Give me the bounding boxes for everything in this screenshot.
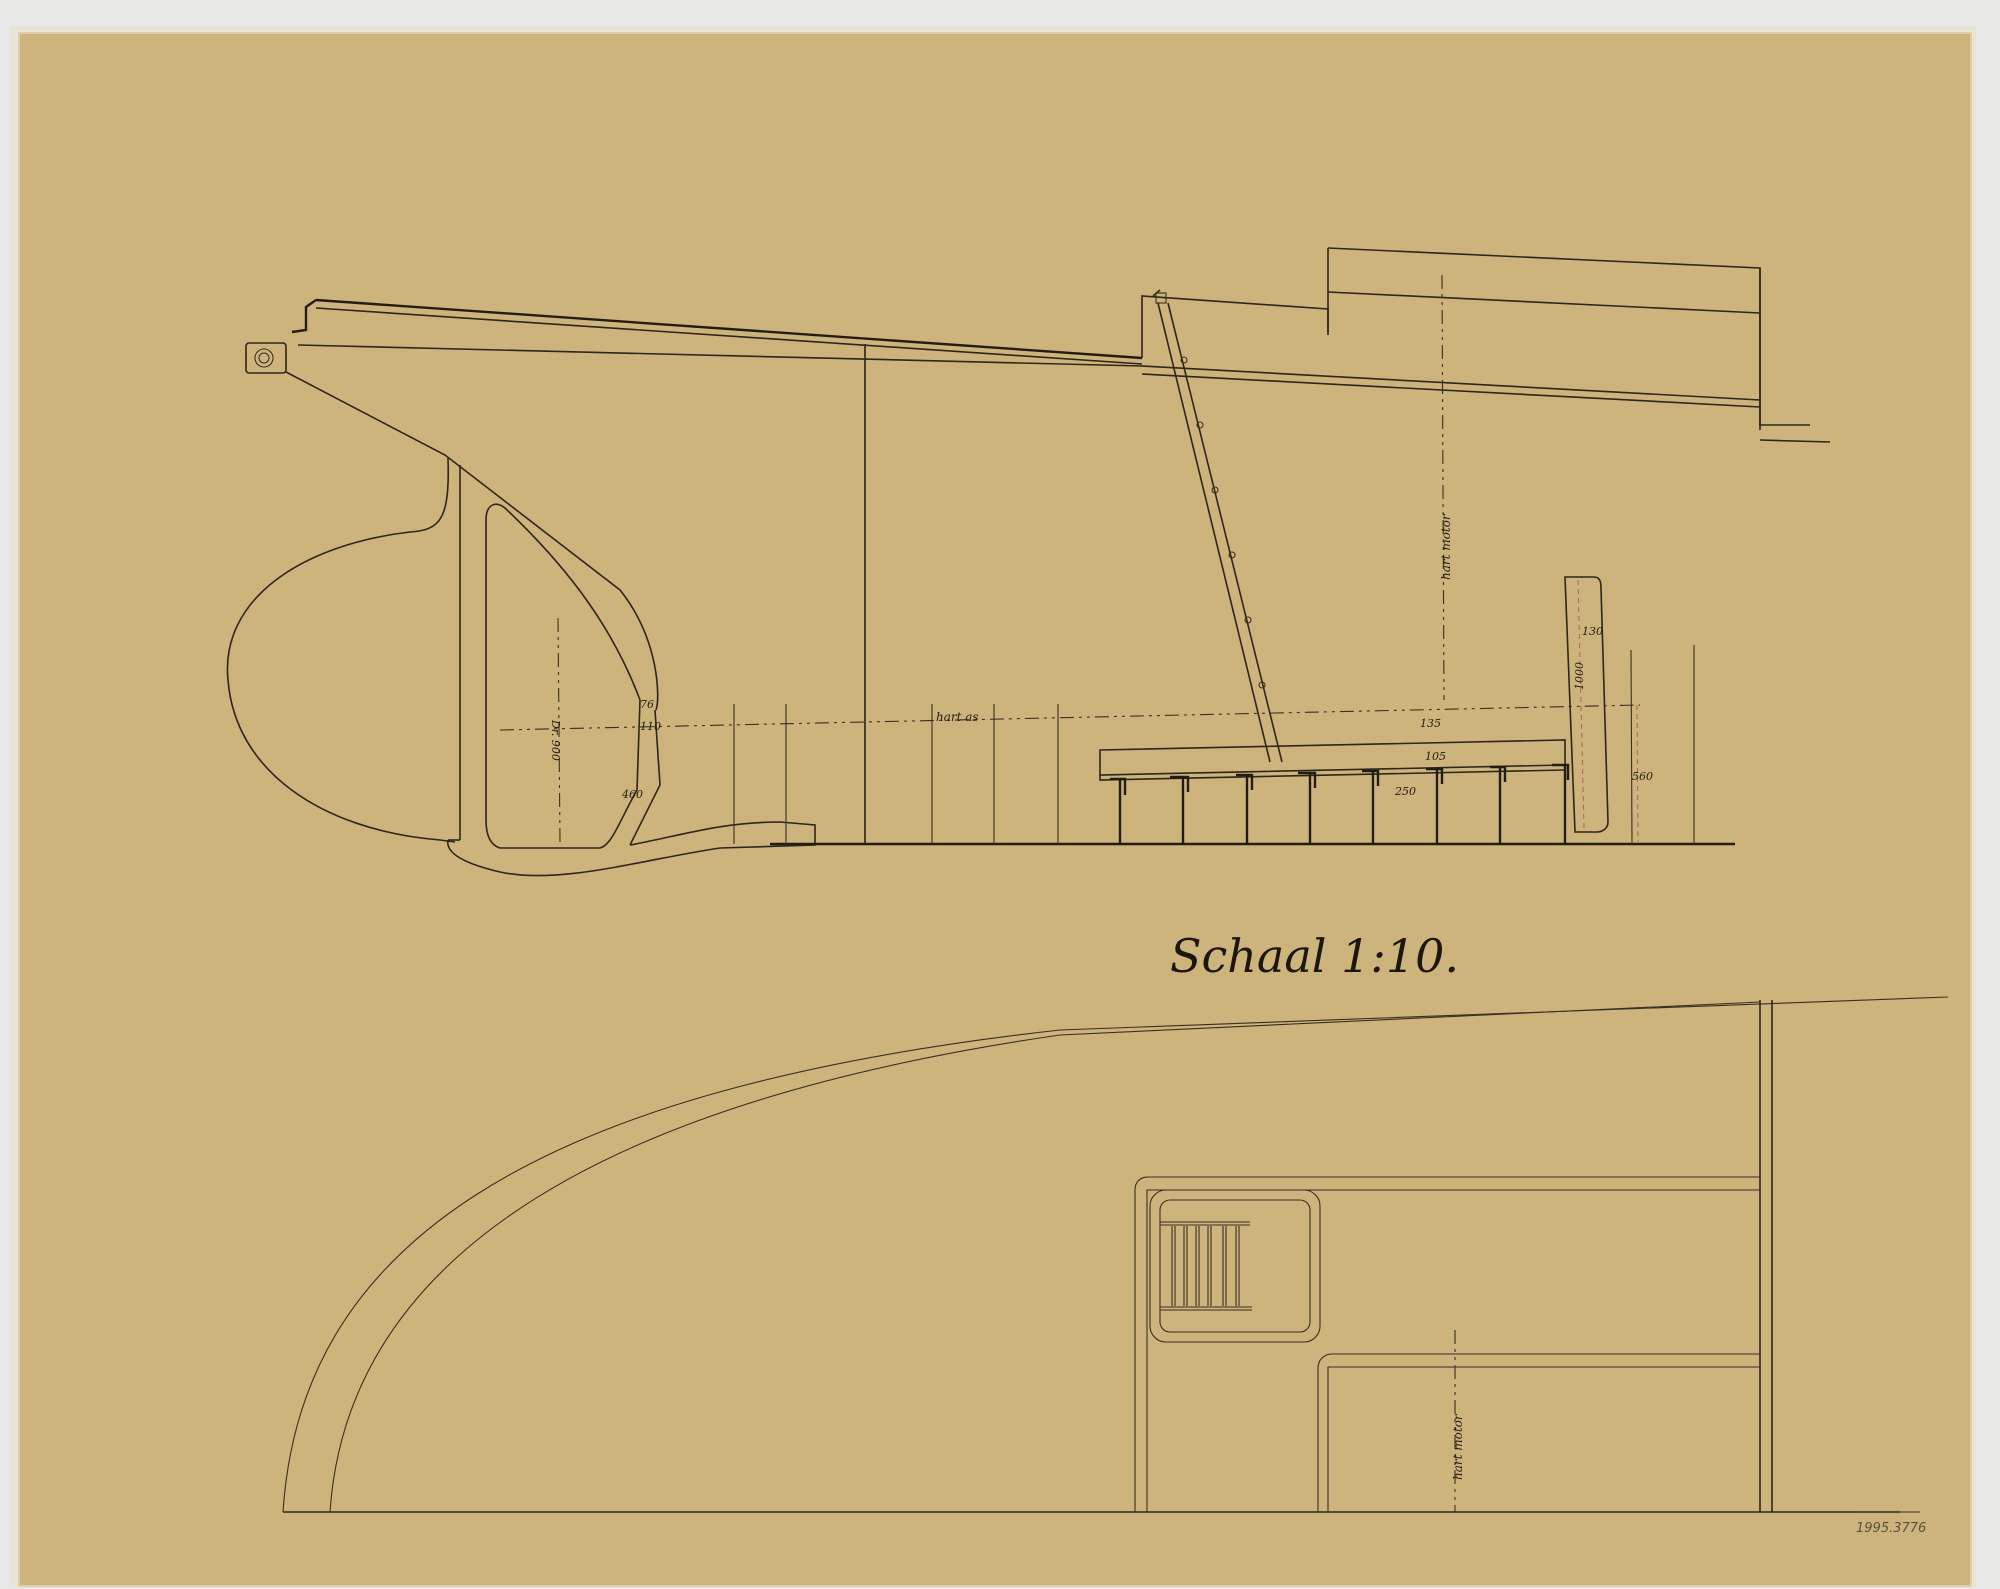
bulkhead [1760,1000,1772,1512]
dimension-130: 130 [1582,625,1603,638]
engine-casing [1318,1354,1760,1512]
bench [1100,740,1565,775]
technical-drawing: hart as Dr. 900 76 110 460 hart motor [0,0,2000,1589]
dimension-135: 135 [1420,717,1441,730]
upright-post [1565,577,1608,832]
forepeak-tank [486,504,640,848]
dimension-250: 250 [1394,785,1416,798]
frame-lines [734,344,1058,844]
hull-outline-outer [283,997,1948,1512]
dimension-560: 560 [1632,770,1653,783]
dimension-460: 460 [621,788,643,801]
plan-motor-axis-label: hart motor [1451,1413,1465,1480]
dimension-105: 105 [1425,750,1446,763]
ladder-plan [1160,1222,1252,1310]
motor-axis [1442,275,1444,700]
bow-profile [286,372,658,710]
dimension-110: 110 [640,720,661,733]
dimension-76: 76 [640,698,654,711]
ladder [1158,303,1282,762]
centerline [500,705,1640,730]
hull-outline-inner [330,1002,1760,1512]
bench-supports [1110,764,1568,844]
fairlead-icon [246,343,286,373]
dimension-1000: 1000 [1573,662,1586,690]
motor-axis-label: hart motor [1439,513,1453,580]
bulbous-bow [227,458,455,842]
centerline-label: hart as [936,710,979,724]
side-elevation-view: hart as Dr. 900 76 110 460 hart motor [227,248,1830,876]
keel-profile [448,822,815,876]
diameter-dimension: Dr. 900 [549,719,562,761]
plan-view: hart motor [283,997,1948,1512]
catalog-number: 1995.3776 [1856,1521,1926,1536]
scale-title: Schaal 1:10. [1170,929,1459,983]
